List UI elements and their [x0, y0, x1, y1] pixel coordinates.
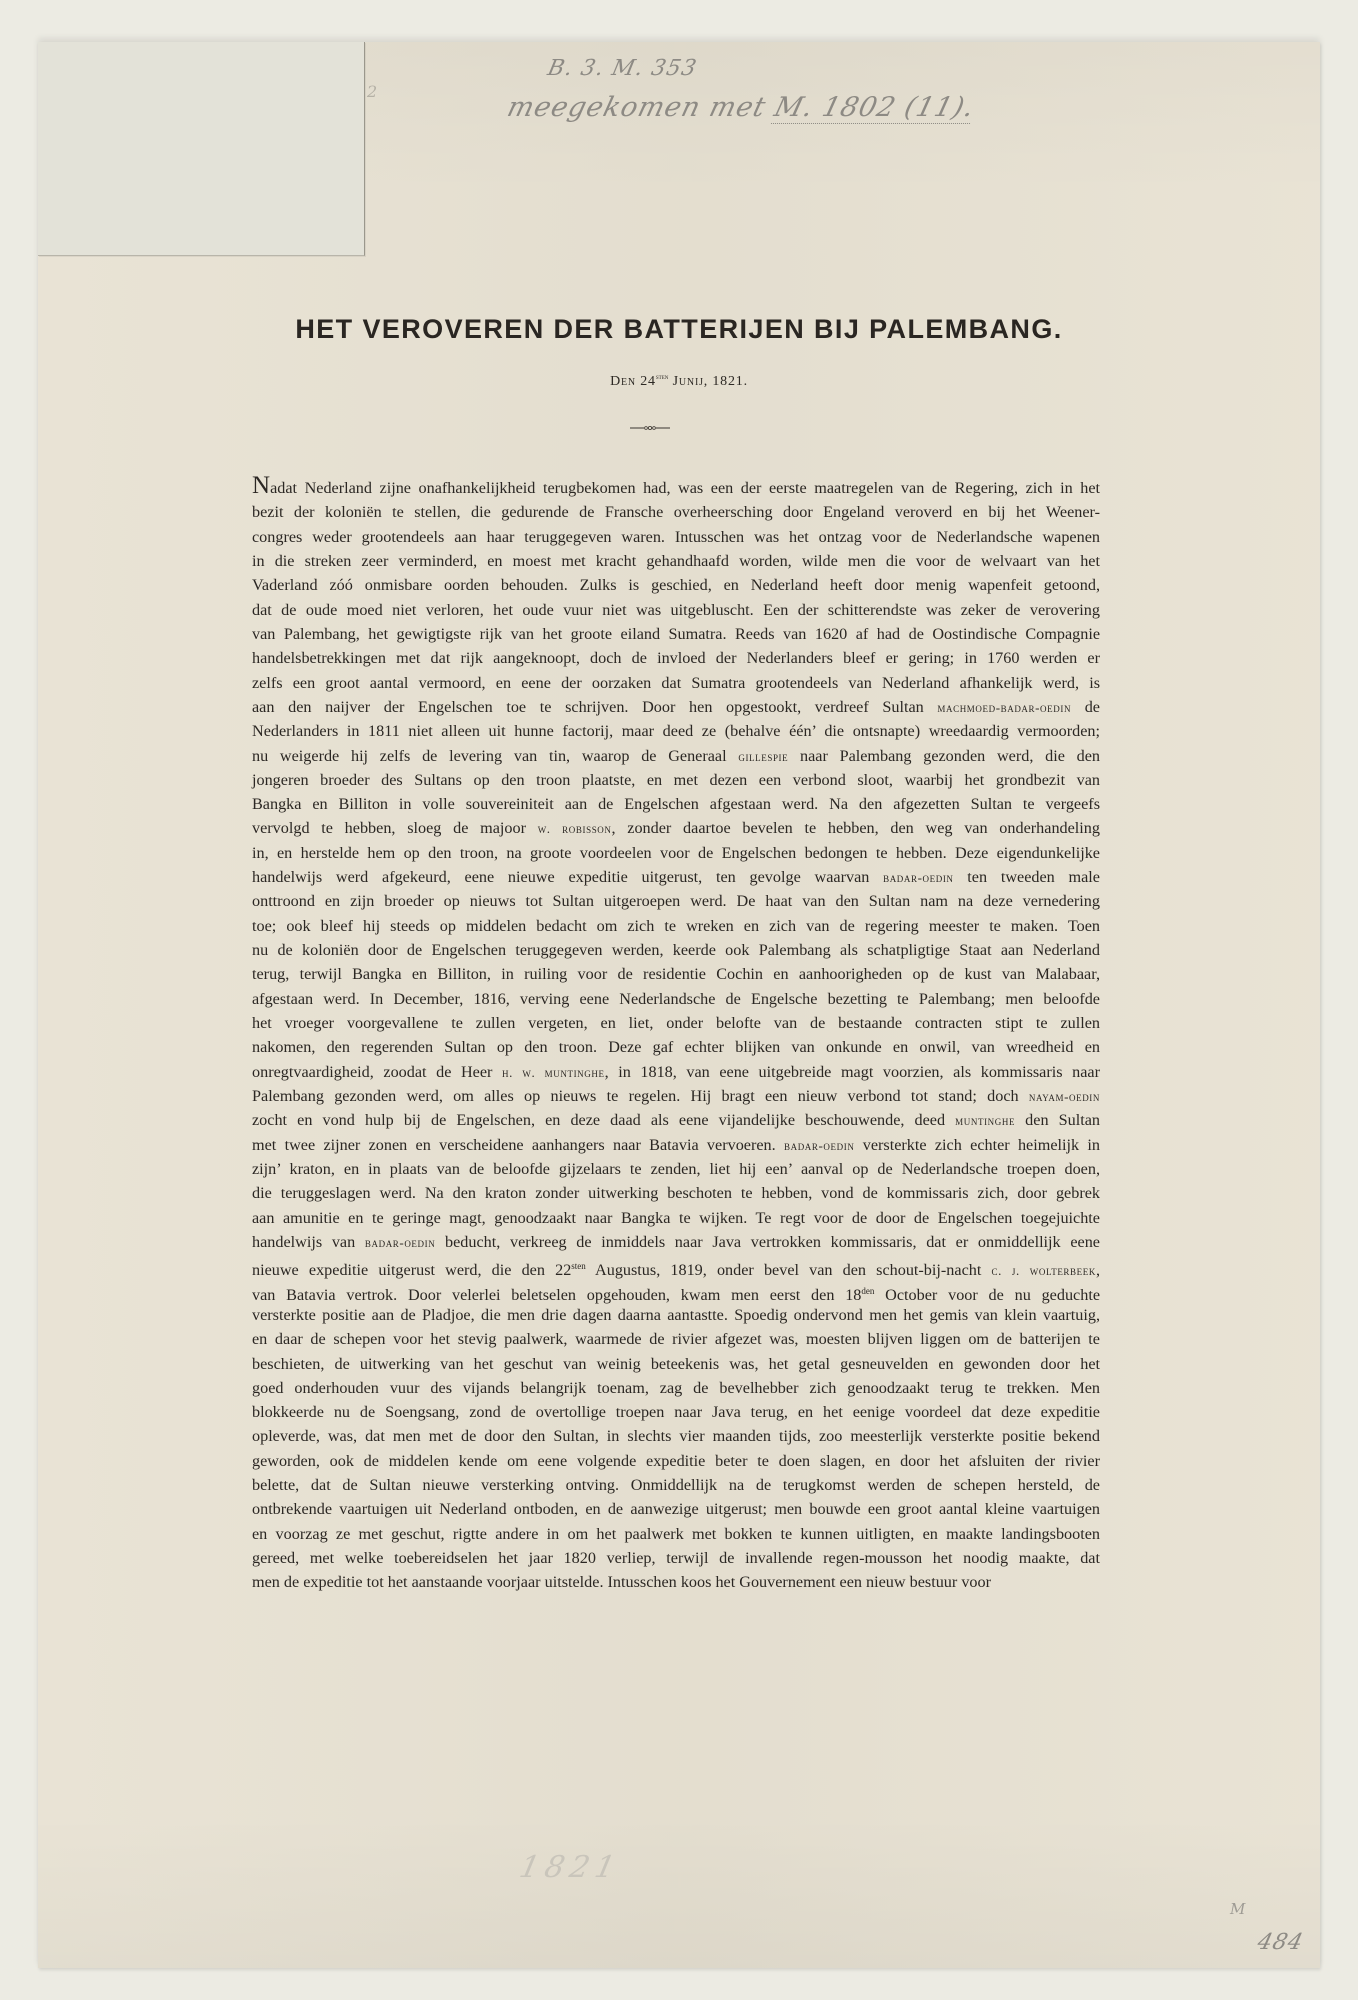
handwritten-note: meegekomen met M. 1802 (11). — [504, 92, 978, 123]
text-segment: zijn’ kraton, en in plaats van de beloof… — [252, 1160, 1100, 1178]
text-line: aan amunitie en te geringe magt, genoodz… — [252, 1206, 1100, 1230]
text-line: in, en herstelde hem op den troon, na gr… — [252, 841, 1100, 865]
person-name: MUNTINGHE — [955, 1113, 1015, 1128]
text-line: Vaderland zóó onmisbare oorden behouden.… — [252, 573, 1100, 597]
subtitle-suffix: Junij, 1821. — [668, 374, 748, 389]
text-segment: toe; ook bleef hij steeds op middelen be… — [252, 917, 1100, 935]
handwritten-reference: B. 3. M. 353 — [545, 56, 699, 81]
person-name: BADAR-OEDIN — [883, 870, 953, 885]
text-segment: die teruggeslagen werd. Na den kraton zo… — [252, 1184, 1100, 1202]
ordinal-superscript: den — [861, 1286, 874, 1296]
text-line: congres weder grootendeels aan haar teru… — [252, 525, 1100, 549]
corner-mark: M — [1230, 1900, 1246, 1918]
handwritten-note-ref: M. 1802 (11). — [771, 92, 978, 124]
text-segment: nu de koloniën door de Engelschen terugg… — [252, 941, 1100, 959]
text-line: beschieten, de uitwerking van het geschu… — [252, 1352, 1100, 1376]
faint-pencil-year: 1821 — [516, 1850, 624, 1885]
text-segment: versterkte positie aan de Pladjoe, die m… — [252, 1306, 1100, 1324]
text-segment: van Palembang, het gewigtigste rijk van … — [252, 625, 1100, 643]
text-line: handelwijs van BADAR-OEDIN beducht, verk… — [252, 1230, 1100, 1254]
text-segment: Palembang gezonden werd, om alles op nie… — [252, 1087, 1029, 1105]
text-segment: in, en herstelde hem op den troon, na gr… — [252, 844, 1100, 862]
text-segment: aan den naijver der Engelschen toe te sc… — [252, 698, 937, 716]
text-segment: beschieten, de uitwerking van het geschu… — [252, 1355, 1100, 1373]
attached-label-slip — [38, 42, 365, 256]
text-segment: ten tweeden male — [954, 868, 1100, 886]
text-line: onttroond en zijn broeder op nieuws tot … — [252, 889, 1100, 913]
text-segment: handelsbetrekkingen met dat rijk aangekn… — [252, 649, 1100, 667]
text-segment: zelfs een groot aantal vermoord, en eene… — [252, 674, 1100, 692]
date-subtitle: Den 24sten Junij, 1821. — [0, 373, 1358, 390]
text-line: Nederlanders in 1811 niet alleen uit hun… — [252, 719, 1100, 743]
text-segment: Vaderland zóó onmisbare oorden behouden.… — [252, 576, 1100, 594]
text-line: vervolgd te hebben, sloeg de majoor W. R… — [252, 816, 1100, 840]
person-name: H. W. MUNTINGHE — [502, 1065, 605, 1080]
text-segment: Augustus, 1819, onder bevel van den scho… — [586, 1261, 992, 1279]
text-segment: handelwijs van — [252, 1233, 365, 1251]
text-segment: , — [1096, 1261, 1100, 1279]
text-segment: , zonder daartoe bevelen te hebben, den … — [612, 819, 1101, 837]
text-line: blokkeerde nu de Soengsang, zond de over… — [252, 1400, 1100, 1424]
text-line: aan den naijver der Engelschen toe te sc… — [252, 695, 1100, 719]
text-segment: terug, terwijl Bangka en Billiton, in ru… — [252, 965, 1100, 983]
person-name: W. ROBISSON — [538, 821, 612, 836]
text-segment: versterkte zich echter heimelijk in — [854, 1136, 1100, 1154]
text-segment: October voor de nu geduchte — [874, 1286, 1100, 1304]
text-line: goed onderhouden vuur des vijands belang… — [252, 1376, 1100, 1400]
text-segment: gereed, met welke toebereidselen het jaa… — [252, 1549, 1100, 1567]
text-line: gereed, met welke toebereidselen het jaa… — [252, 1546, 1100, 1570]
text-line: en voorzag ze met geschut, rigtte andere… — [252, 1522, 1100, 1546]
text-line: nu de koloniën door de Engelschen terugg… — [252, 938, 1100, 962]
text-segment: Bangka en Billiton in volle souvereinite… — [252, 795, 1100, 813]
slip-mark: 2 — [367, 82, 378, 101]
text-segment: ontbrekende vaartuigen uit Nederland ont… — [252, 1500, 1100, 1518]
text-segment: , in 1818, van eene uitgebreide magt voo… — [605, 1063, 1100, 1081]
handwritten-note-prefix: meegekomen met — [504, 92, 769, 123]
text-segment: congres weder grootendeels aan haar teru… — [252, 528, 1100, 546]
text-segment: en daar de schepen voor het stevig paalw… — [252, 1330, 1100, 1348]
text-line: belette, dat de Sultan nieuwe versterkin… — [252, 1473, 1100, 1497]
text-line: het vroeger voorgevallene te zullen verg… — [252, 1011, 1100, 1035]
text-segment: opleverde, was, dat men met de door den … — [252, 1427, 1100, 1445]
text-line: van Batavia vertrok. Door velerlei belet… — [252, 1279, 1100, 1303]
text-line: handelwijs werd afgekeurd, eene nieuwe e… — [252, 865, 1100, 889]
text-line: en daar de schepen voor het stevig paalw… — [252, 1327, 1100, 1351]
text-line: van Palembang, het gewigtigste rijk van … — [252, 622, 1100, 646]
text-line: bezit der koloniën te stellen, die gedur… — [252, 500, 1100, 524]
text-segment: aan amunitie en te geringe magt, genoodz… — [252, 1209, 1100, 1227]
text-line: ontbrekende vaartuigen uit Nederland ont… — [252, 1497, 1100, 1521]
text-line: zijn’ kraton, en in plaats van de beloof… — [252, 1157, 1100, 1181]
text-segment: nieuwe expeditie uitgerust werd, die den… — [252, 1261, 571, 1279]
text-line: in die streken zeer verminderd, en moest… — [252, 549, 1100, 573]
text-segment: met twee zijner zonen en verscheidene aa… — [252, 1136, 784, 1154]
text-segment: dat de oude moed niet verloren, het oude… — [252, 601, 1100, 619]
text-segment: het vroeger voorgevallene te zullen verg… — [252, 1014, 1100, 1032]
person-name: C. J. WOLTERBEEK — [991, 1263, 1095, 1278]
text-line: terug, terwijl Bangka en Billiton, in ru… — [252, 962, 1100, 986]
page-title: HET VEROVEREN DER BATTERIJEN BIJ PALEMBA… — [0, 314, 1358, 345]
text-line: opleverde, was, dat men met de door den … — [252, 1424, 1100, 1448]
text-segment: blokkeerde nu de Soengsang, zond de over… — [252, 1403, 1100, 1421]
text-line: Bangka en Billiton in volle souvereinite… — [252, 792, 1100, 816]
text-segment: vervolgd te hebben, sloeg de majoor — [252, 819, 538, 837]
text-segment: N — [252, 472, 270, 499]
text-line: met twee zijner zonen en verscheidene aa… — [252, 1133, 1100, 1157]
text-line: geworden, ook de middelen kende om eene … — [252, 1449, 1100, 1473]
text-segment: jongeren broeder des Sultans op den troo… — [252, 771, 1100, 789]
text-line: die teruggeslagen werd. Na den kraton zo… — [252, 1181, 1100, 1205]
text-line: men de expeditie tot het aanstaande voor… — [252, 1570, 1100, 1594]
text-segment: bezit der koloniën te stellen, die gedur… — [252, 503, 1100, 521]
text-segment: zocht en vond hulp bij de Engelschen, en… — [252, 1111, 955, 1129]
text-line: Palembang gezonden werd, om alles op nie… — [252, 1084, 1100, 1108]
text-segment: onttroond en zijn broeder op nieuws tot … — [252, 892, 1100, 910]
text-segment: en voorzag ze met geschut, rigtte andere… — [252, 1525, 1100, 1543]
text-segment: goed onderhouden vuur des vijands belang… — [252, 1379, 1100, 1397]
subtitle-prefix: Den 24 — [610, 374, 656, 389]
text-segment: Nederlanders in 1811 niet alleen uit hun… — [252, 722, 1100, 740]
text-segment: afgestaan werd. In December, 1816, vervi… — [252, 990, 1100, 1008]
text-line: nakomen, den regerenden Sultan op den tr… — [252, 1035, 1100, 1059]
person-name: BADAR-OEDIN — [365, 1235, 435, 1250]
folio-number: 484 — [1255, 1930, 1306, 1955]
text-segment: men de expeditie tot het aanstaande voor… — [252, 1573, 991, 1591]
text-segment: naar Palembang gezonden werd, die den — [788, 747, 1100, 765]
text-segment: van Batavia vertrok. Door velerlei belet… — [252, 1286, 861, 1304]
text-segment: in die streken zeer verminderd, en moest… — [252, 552, 1100, 570]
text-segment: beducht, verkreeg de inmiddels naar Java… — [435, 1233, 1100, 1251]
text-segment: de — [1071, 698, 1100, 716]
ordinal-superscript: sten — [571, 1261, 586, 1271]
subtitle-superscript: sten — [656, 373, 669, 381]
text-segment: adat Nederland zijne onafhankelijkheid t… — [270, 479, 1100, 497]
text-line: zocht en vond hulp bij de Engelschen, en… — [252, 1108, 1100, 1132]
text-line: onregtvaardigheid, zoodat de Heer H. W. … — [252, 1060, 1100, 1084]
text-segment: nakomen, den regerenden Sultan op den tr… — [252, 1038, 1100, 1056]
person-name: MACHMOED-BADAR-OEDIN — [937, 700, 1071, 715]
text-line: nu weigerde hij zelfs de levering van ti… — [252, 744, 1100, 768]
text-segment: nu weigerde hij zelfs de levering van ti… — [252, 747, 738, 765]
text-line: Nadat Nederland zijne onafhankelijkheid … — [252, 476, 1100, 500]
text-line: nieuwe expeditie uitgerust werd, die den… — [252, 1254, 1100, 1278]
text-segment: geworden, ook de middelen kende om eene … — [252, 1452, 1100, 1470]
text-line: dat de oude moed niet verloren, het oude… — [252, 598, 1100, 622]
person-name: NAYAM-OEDIN — [1029, 1089, 1100, 1104]
text-segment: handelwijs werd afgekeurd, eene nieuwe e… — [252, 868, 883, 886]
text-segment: den Sultan — [1015, 1111, 1100, 1129]
text-line: zelfs een groot aantal vermoord, en eene… — [252, 671, 1100, 695]
text-segment: onregtvaardigheid, zoodat de Heer — [252, 1063, 502, 1081]
text-line: afgestaan werd. In December, 1816, vervi… — [252, 987, 1100, 1011]
text-line: jongeren broeder des Sultans op den troo… — [252, 768, 1100, 792]
person-name: GILLESPIE — [738, 749, 788, 764]
person-name: BADAR-OEDIN — [784, 1138, 854, 1153]
text-line: versterkte positie aan de Pladjoe, die m… — [252, 1303, 1100, 1327]
ornament-divider-icon — [630, 424, 670, 432]
text-line: toe; ook bleef hij steeds op middelen be… — [252, 914, 1100, 938]
text-segment: belette, dat de Sultan nieuwe versterkin… — [252, 1476, 1100, 1494]
text-line: handelsbetrekkingen met dat rijk aangekn… — [252, 646, 1100, 670]
